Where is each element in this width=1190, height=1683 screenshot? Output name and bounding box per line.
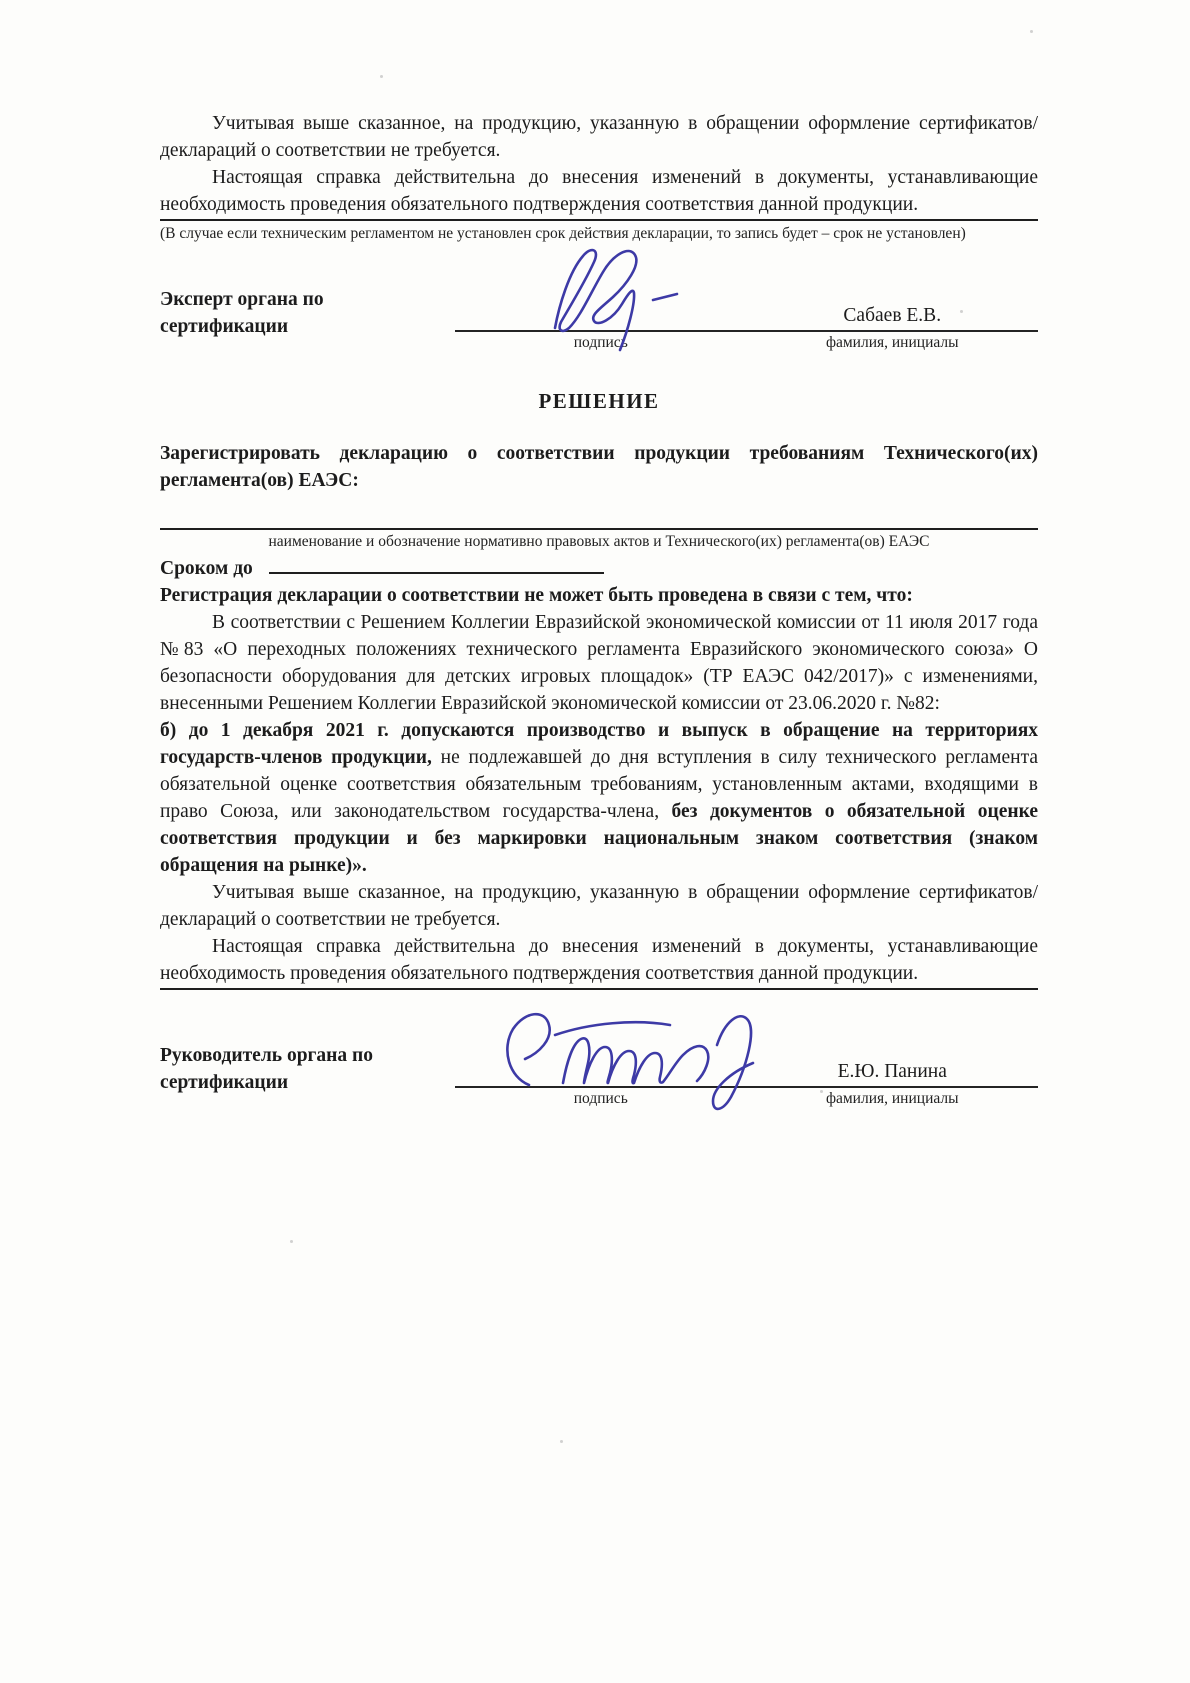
considering-paragraph-top: Учитывая выше сказанное, на продукцию, у… [160,110,1038,164]
head-signature-field: Е.Ю. Панина подпись фамилия, инициалы [455,1042,1038,1109]
validity-paragraph-top-wrapper: Настоящая справка действительна до внесе… [160,164,1038,221]
valid-until-row: Сроком до [160,552,1038,582]
scan-speck [380,75,383,78]
head-name: Е.Ю. Панина [747,1061,1039,1083]
expert-role-label: Эксперт органа по сертификации [160,286,455,353]
regulation-field-caption: наименование и обозначение нормативно пр… [160,530,1038,552]
head-signature-line: Е.Ю. Панина [455,1042,1038,1088]
legal-basis-paragraph: В соответствии с Решением Коллегии Евраз… [160,609,1038,717]
expert-signature-line: Сабаев Е.В. [455,286,1038,332]
register-clause-paragraph: Зарегистрировать декларацию о соответств… [160,440,1038,494]
considering-paragraph-bottom: Учитывая выше сказанное, на продукцию, у… [160,879,1038,933]
name-caption: фамилия, инициалы [747,332,1039,353]
expert-name: Сабаев Е.В. [747,305,1039,327]
document-content: Учитывая выше сказанное, на продукцию, у… [160,110,1038,1109]
validity-paragraph-bottom-wrapper: Настоящая справка действительна до внесе… [160,933,1038,990]
scan-speck [290,1240,293,1243]
expert-handwritten-signature [525,242,705,352]
expert-signature-block: Эксперт органа по сертификации Сабаев Е.… [160,286,1038,353]
scan-speck [560,1440,563,1443]
head-signature-block: Руководитель органа по сертификации Е.Ю.… [160,1042,1038,1109]
refusal-heading: Регистрация декларации о соответствии не… [160,582,1038,609]
validity-paragraph-bottom: Настоящая справка действительна до внесе… [160,933,1038,987]
scan-speck [1030,30,1033,33]
declaration-term-footnote: (В случае если техническим регламентом н… [160,221,1038,244]
validity-paragraph-top: Настоящая справка действительна до внесе… [160,164,1038,218]
valid-until-label: Сроком до [160,558,253,579]
decision-heading: РЕШЕНИЕ [160,389,1038,414]
scanned-document-page: Учитывая выше сказанное, на продукцию, у… [0,0,1190,1683]
valid-until-blank-field [269,552,604,574]
head-role-label: Руководитель органа по сертификации [160,1042,455,1109]
clause-b-paragraph: б) до 1 декабря 2021 г. допускаются прои… [160,717,1038,879]
head-handwritten-signature [485,1001,795,1116]
expert-signature-field: Сабаев Е.В. подпись фамилия, инициалы [455,286,1038,353]
